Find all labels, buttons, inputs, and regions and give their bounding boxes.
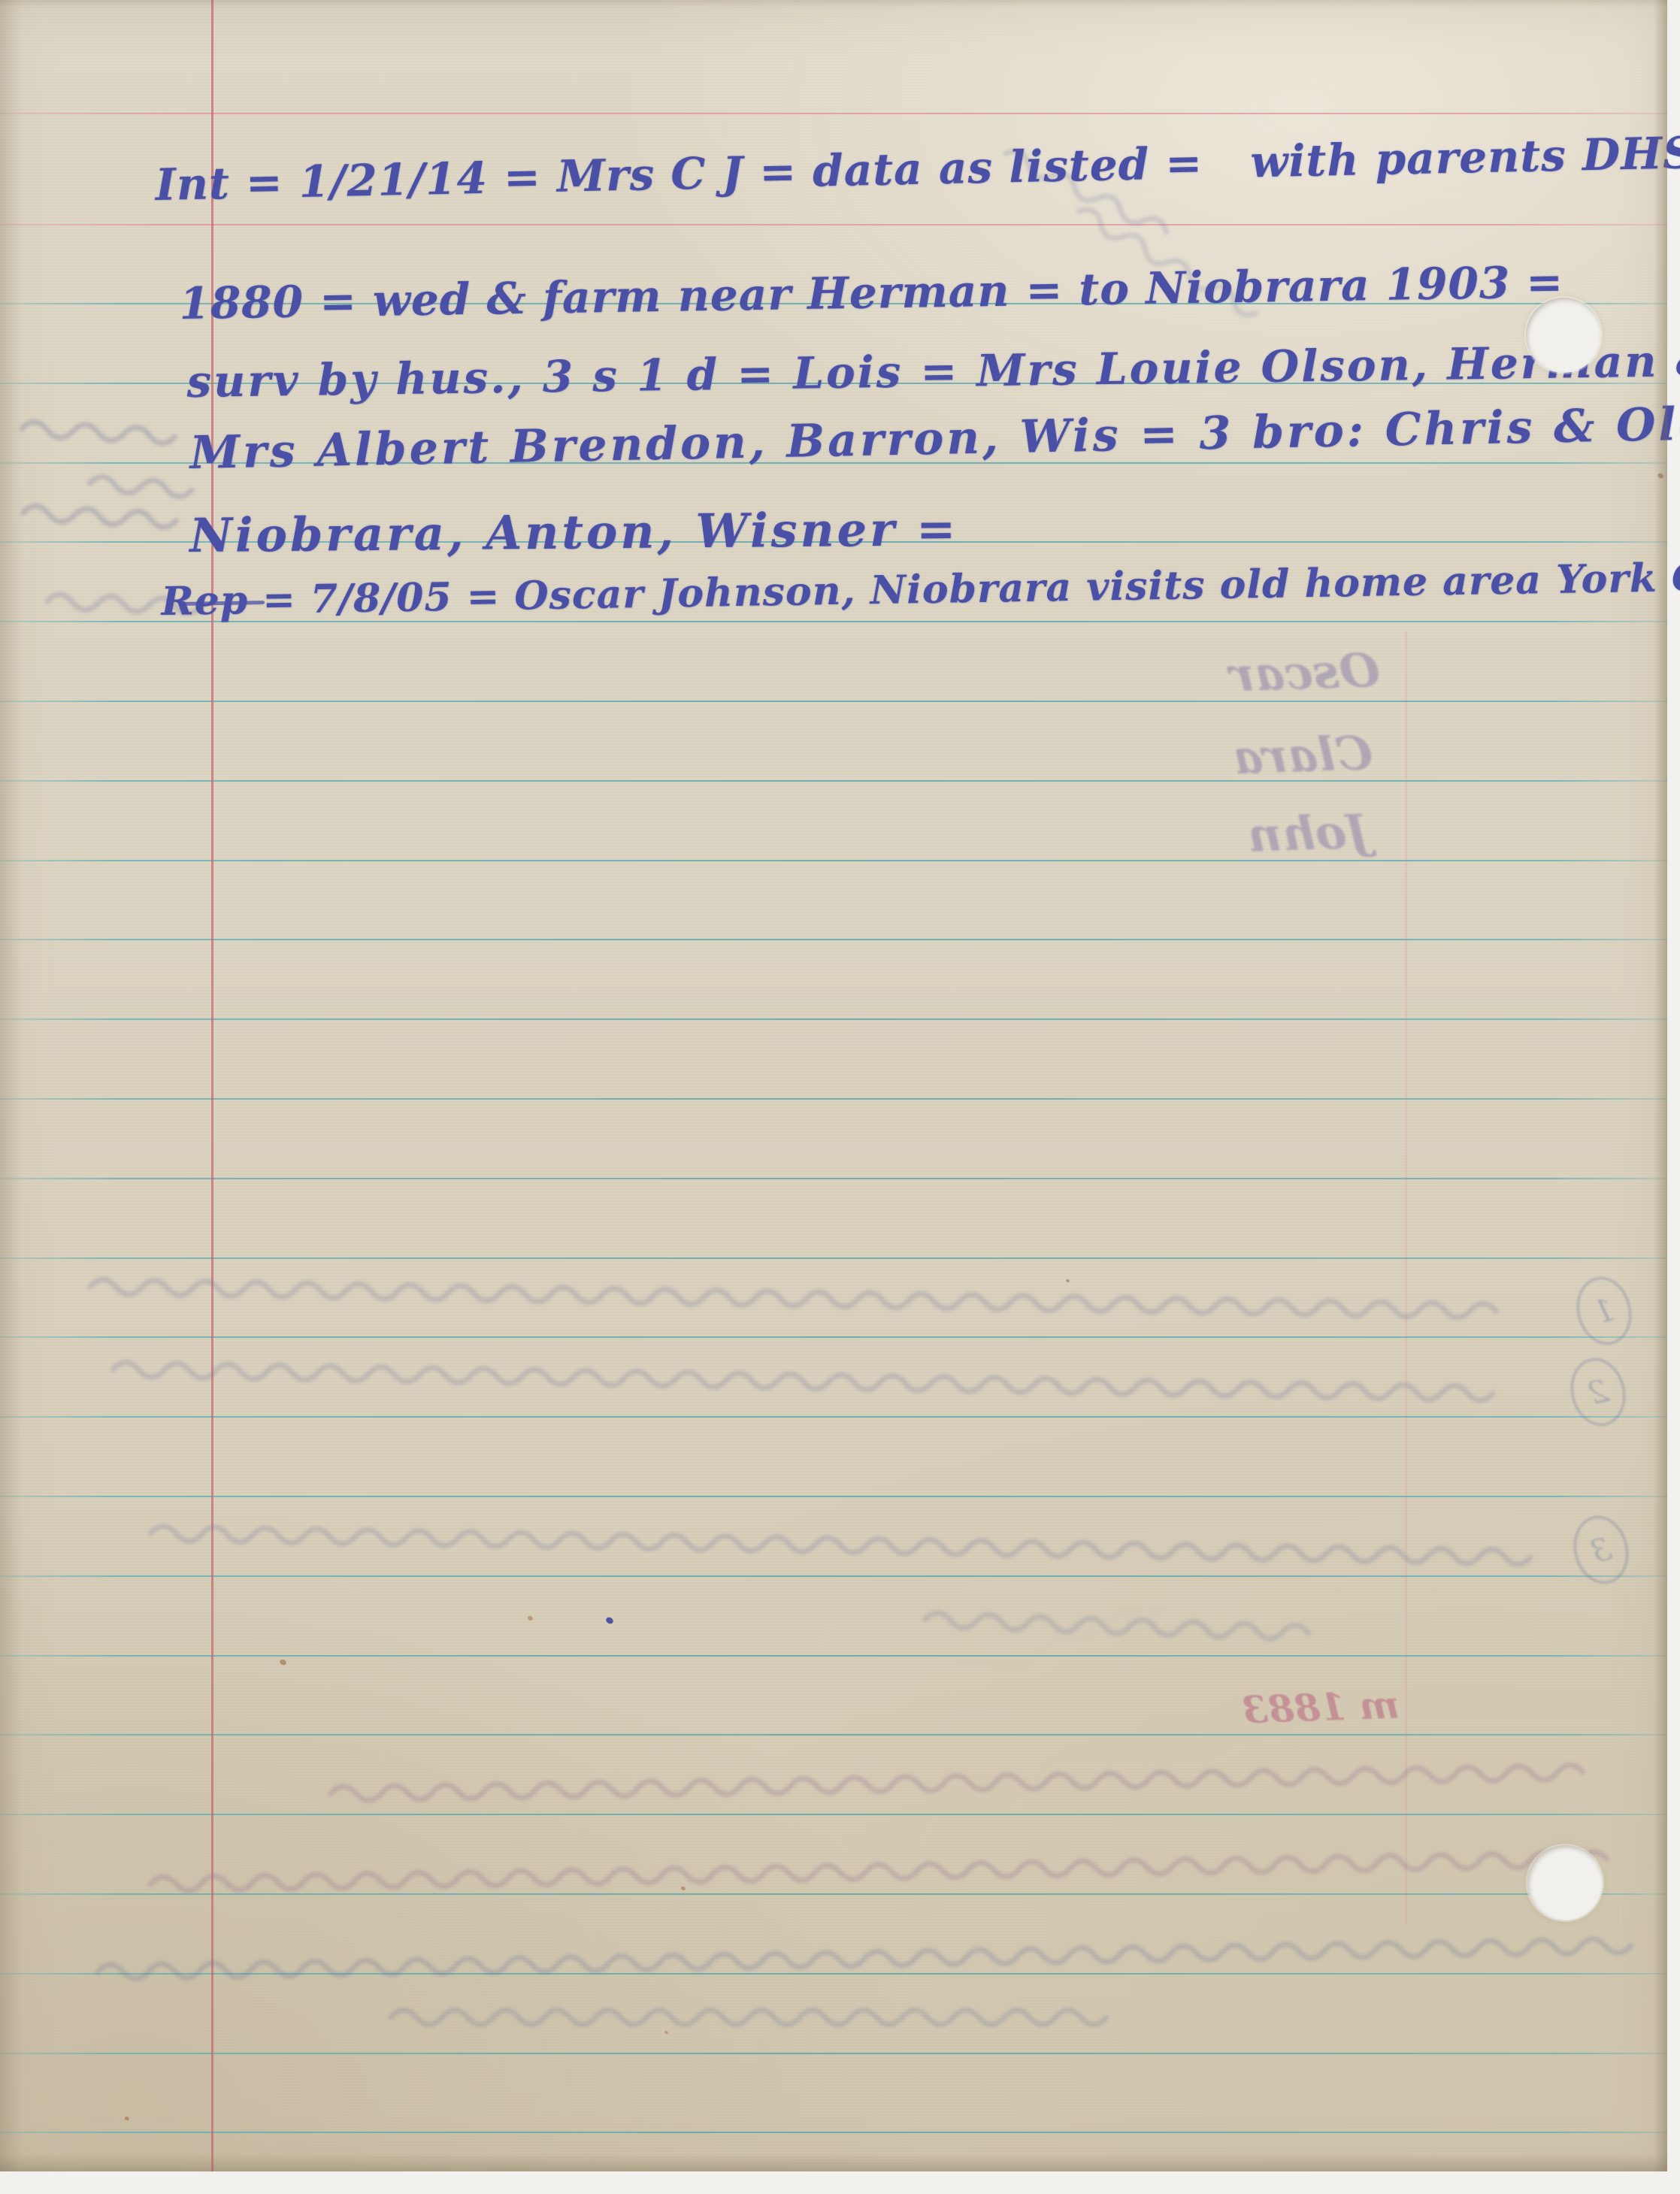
bleedthrough-illegible-line: [22, 501, 197, 555]
handwriting-line-2: 1880 = wed & farm near Herman = to Niobr…: [179, 256, 1563, 329]
ruled-line: [0, 1496, 1667, 1497]
bleedthrough-name-oscar: Oscar: [1229, 643, 1381, 703]
bleedthrough-illegible-line: [150, 1847, 1624, 1917]
ruled-line: [0, 939, 1667, 940]
hole-punch-top: [1526, 298, 1601, 373]
bleedthrough-red-date: m 1883: [1241, 1682, 1400, 1732]
paper-speck: [1657, 472, 1664, 480]
ruled-line: [0, 2132, 1667, 2133]
ruled-line: [0, 701, 1667, 702]
header-rule-line: [0, 113, 1667, 114]
ruled-line: [0, 1257, 1667, 1259]
bleedthrough-illegible-line: [98, 1933, 1647, 2005]
ruled-line: [0, 1734, 1667, 1736]
bleedthrough-illegible-line: [90, 1275, 1504, 1345]
ruled-line: [0, 1178, 1667, 1179]
ruled-line: [0, 2053, 1667, 2054]
handwriting-line-6: Rep = 7/8/05 = Oscar Johnson, Niobrara v…: [161, 553, 1680, 625]
bleedthrough-illegible-line: [150, 1521, 1542, 1590]
paper-speck: [527, 1615, 534, 1621]
hole-punch-bottom: [1527, 1845, 1603, 1920]
bleedthrough-name-john: John: [1247, 803, 1370, 863]
scanned-notebook-page: { "document": { "kind": "handwritten gen…: [0, 0, 1680, 2194]
ruled-line: [0, 1893, 1667, 1895]
ruled-line: [0, 860, 1667, 861]
ruled-line: [0, 780, 1667, 782]
ink-blot: [605, 1616, 615, 1625]
handwriting-line-3: surv by hus., 3 s 1 d = Lois = Mrs Louie…: [186, 335, 1680, 407]
ruled-line: [0, 1575, 1667, 1577]
ruled-line: [0, 1336, 1667, 1338]
paper-speck: [124, 2116, 130, 2121]
ruled-line: [0, 1416, 1667, 1418]
handwriting-line-1: Int = 1/21/14 = Mrs C J = data as listed…: [155, 124, 1680, 210]
bleedthrough-circled-number: 1: [1570, 1271, 1639, 1351]
handwriting-line-5: Niobrara, Anton, Wisner =: [189, 501, 959, 563]
paper-speck: [680, 1886, 686, 1891]
paper-speck: [664, 2030, 668, 2035]
bleedthrough-illegible-line: [87, 471, 203, 524]
bleedthrough-name-clara: Clara: [1232, 725, 1373, 785]
ruled-line: [0, 1018, 1667, 1020]
ruled-line: [0, 1973, 1667, 1975]
paper-speck: [1065, 1279, 1070, 1283]
paper-speck: [279, 1658, 287, 1666]
header-rule-line: [0, 224, 1667, 225]
paper-sheet: Oscar Clara John m 1883 123 Int = 1/21/1…: [0, 0, 1667, 2171]
bleedthrough-margin-line: [1405, 631, 1407, 1924]
bleedthrough-circled-number: 2: [1563, 1352, 1633, 1433]
ruled-line: [0, 1814, 1667, 1815]
handwriting-line-4: Mrs Albert Brendon, Barron, Wis = 3 bro:…: [189, 398, 1680, 480]
ruled-line: [0, 1098, 1667, 1100]
bleedthrough-circled-number: 3: [1566, 1510, 1636, 1590]
ruled-line: [0, 1655, 1667, 1657]
bleedthrough-illegible-line: [924, 1608, 1324, 1666]
bleedthrough-illegible-line: [331, 1760, 1602, 1826]
bleedthrough-illegible-line: [391, 2005, 1128, 2050]
